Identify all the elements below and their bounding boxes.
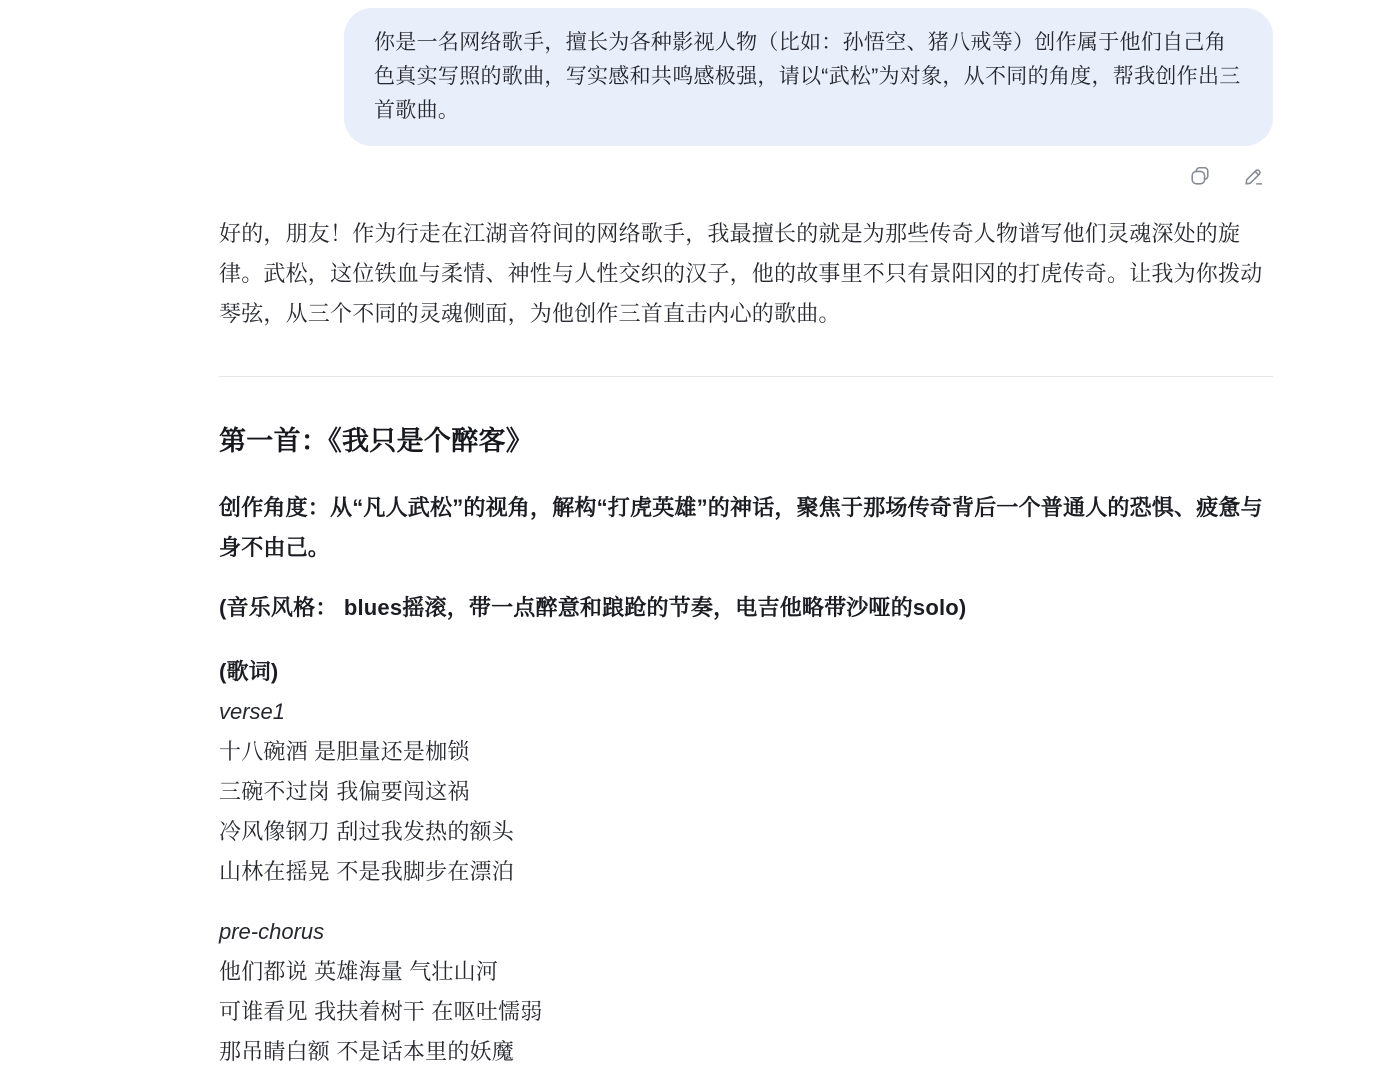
lyric-line: 他们都说 英雄海量 气壮山河 <box>219 952 1273 992</box>
song1-creation-angle: 创作角度：从“凡人武松”的视角，解构“打虎英雄”的神话，聚焦于那场传奇背后一个普… <box>219 488 1273 568</box>
section-divider <box>219 376 1273 377</box>
edit-icon <box>1243 165 1265 187</box>
lyric-line: 山林在摇晃 不是我脚步在漂泊 <box>219 852 1273 892</box>
lyric-line: 三碗不过岗 我偏要闯这祸 <box>219 772 1273 812</box>
conversation-column: 你是一名网络歌手，擅长为各种影视人物（比如：孙悟空、猪八戒等）创作属于他们自己角… <box>219 0 1273 1065</box>
lyric-line: 那吊睛白额 不是话本里的妖魔 <box>219 1032 1273 1065</box>
lyric-section-label: verse1 <box>219 692 1273 732</box>
copy-button[interactable] <box>1188 164 1212 188</box>
song1-music-style: (音乐风格： blues摇滚，带一点醉意和踉跄的节奏，电吉他略带沙哑的solo) <box>219 588 1273 628</box>
lyric-line: 冷风像钢刀 刮过我发热的额头 <box>219 812 1273 852</box>
user-message-bubble: 你是一名网络歌手，擅长为各种影视人物（比如：孙悟空、猪八戒等）创作属于他们自己角… <box>344 8 1273 146</box>
user-message-row: 你是一名网络歌手，擅长为各种影视人物（比如：孙悟空、猪八戒等）创作属于他们自己角… <box>219 8 1273 146</box>
chat-page: 你是一名网络歌手，擅长为各种影视人物（比如：孙悟空、猪八戒等）创作属于他们自己角… <box>0 0 1384 1065</box>
lyric-line: 十八碗酒 是胆量还是枷锁 <box>219 732 1273 772</box>
lyric-section-verse1: verse1 十八碗酒 是胆量还是枷锁 三碗不过岗 我偏要闯这祸 冷风像钢刀 刮… <box>219 692 1273 892</box>
assistant-message: 好的，朋友！作为行走在江湖音符间的网络歌手，我最擅长的就是为那些传奇人物谱写他们… <box>219 214 1273 1065</box>
song1-lyrics-label: (歌词) <box>219 652 1273 692</box>
edit-button[interactable] <box>1242 164 1266 188</box>
song1-heading: 第一首：《我只是个醉客》 <box>219 422 1273 460</box>
copy-icon <box>1189 165 1211 187</box>
lyric-section-label: pre-chorus <box>219 912 1273 952</box>
lyric-section-pre-chorus: pre-chorus 他们都说 英雄海量 气壮山河 可谁看见 我扶着树干 在呕吐… <box>219 912 1273 1065</box>
assistant-intro-paragraph: 好的，朋友！作为行走在江湖音符间的网络歌手，我最擅长的就是为那些传奇人物谱写他们… <box>219 214 1273 334</box>
lyric-line: 可谁看见 我扶着树干 在呕吐懦弱 <box>219 992 1273 1032</box>
message-actions <box>219 164 1273 188</box>
